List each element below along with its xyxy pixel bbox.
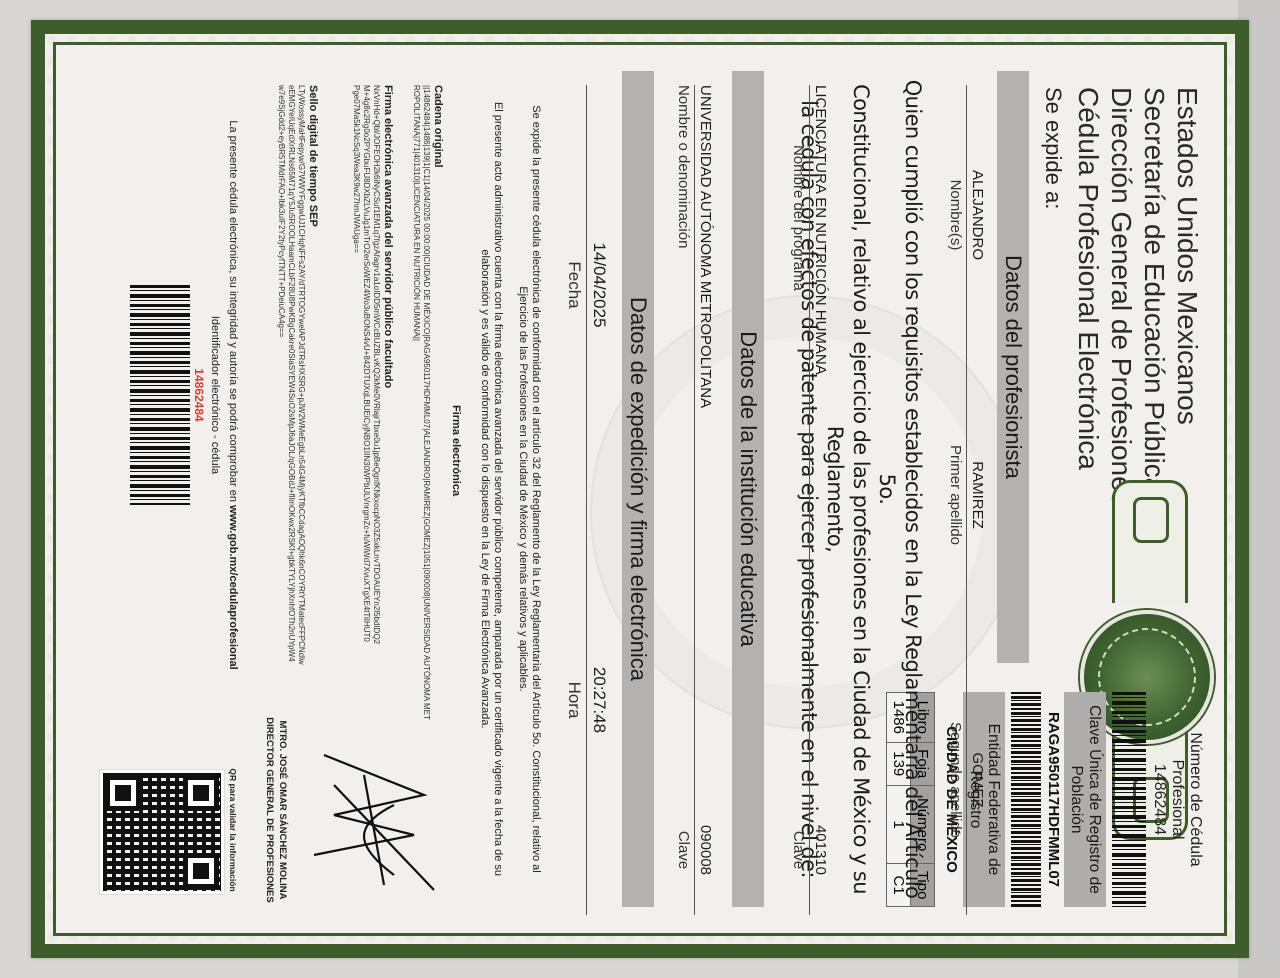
programa-clave-value: 401310 (809, 785, 829, 915)
qr-finder-top-right (183, 853, 219, 889)
sello-block: Sello digital de tiempo SEP LTyWossyMaHF… (276, 85, 319, 665)
nombre-label: Nombre(s) (947, 85, 964, 345)
document-content: Estados Unidos Mexicanos Secretaría de E… (56, 45, 1224, 933)
curp-label: Clave Única de Registro de Población (1064, 692, 1106, 907)
curp-barcode-icon (1011, 692, 1041, 907)
segundo-apellido-value: GOMEZ (966, 645, 986, 915)
cedula-number: 14862484 (1150, 692, 1168, 907)
field-segundo-apellido: GOMEZ Segundo apellido (947, 645, 986, 915)
field-primer-apellido: RAMIREZ Primer apellido (947, 345, 986, 645)
firma-servidor-label: Firma electrónica avanzada del servidor … (381, 85, 394, 645)
institucion-clave-label: Clave (675, 785, 692, 915)
sello-label: Sello digital de tiempo SEP (306, 85, 319, 665)
field-fecha: 14/04/2025 Fecha (564, 85, 609, 485)
section-expedicion: Datos de expedición y firma electrónica (622, 71, 654, 907)
programa-clave-label: Clave (790, 785, 807, 915)
qr-label: QR para validar la información (226, 750, 239, 910)
cedula-barcode-icon (1112, 692, 1146, 907)
header-line-direccion: Dirección General de Profesiones (1105, 87, 1138, 507)
identificador-label: Identificador electrónico - cédula (208, 285, 221, 505)
field-programa-clave: 401310 Clave (790, 785, 829, 915)
handwritten-signature-icon (294, 735, 454, 905)
field-institucion: UNIVERSIDAD AUTÓNOMA METROPOLITANA Nombr… (675, 85, 714, 785)
cedula-number-label: Número de Cédula Profesional (1168, 692, 1204, 907)
firma-electronica-label: Firma electrónica (449, 405, 462, 496)
fecha-value: 14/04/2025 (586, 85, 609, 485)
fecha-label: Fecha (564, 85, 584, 485)
header-line-cedula: Cédula Profesional Electrónica (1072, 87, 1105, 507)
programa-label: Nombre del programa (790, 85, 807, 785)
registry-panel: Número de Cédula Profesional 14862484 Cl… (886, 692, 1204, 907)
qr-finder-bottom-left (105, 775, 141, 811)
primer-apellido-label: Primer apellido (947, 345, 964, 645)
director-name: MTRO. JOSÉ OMAR SÁNCHEZ MOLINA (276, 685, 289, 935)
se-expide-label: Se expide a: (1040, 87, 1066, 209)
institucion-label: Nombre o denominación (675, 85, 692, 785)
field-institucion-clave: 090008 Clave (675, 785, 714, 915)
cadena-original-block: Cadena original ||14862484|1486|139|1|C1… (411, 85, 444, 725)
nombre-value: ALEJANDRO (966, 85, 986, 345)
legal-text-1: Se expide la presente cédula electrónica… (516, 85, 542, 893)
cadena-label: Cadena original (431, 85, 444, 725)
curp-value: RAGA950117HDFMML07 (1045, 692, 1062, 907)
director-title: DIRECTOR GENERAL DE PROFESIONES (263, 685, 276, 935)
field-nombre: ALEJANDRO Nombre(s) (947, 85, 986, 345)
section-profesionista: Datos del profesionista (997, 71, 1029, 663)
primer-apellido-value: RAMIREZ (966, 345, 986, 645)
identificador-value: 14862484 (192, 285, 206, 505)
hora-value: 20:27:48 (586, 485, 609, 915)
emblem-ornament-left (1112, 480, 1188, 603)
hora-label: Hora (564, 485, 584, 915)
legal-text-2: El presente acto administrativo cuenta c… (478, 85, 504, 893)
segundo-apellido-label: Segundo apellido (947, 645, 964, 915)
verification-text: La presente cédula electrónica, su integ… (226, 85, 239, 705)
sello-value: LTyWossyMaHFepyw/G7WWYFggwUJ1CHqNFFs2AY/… (276, 85, 306, 665)
field-programa: LICENCIATURA EN NUTRICIÓN HUMANA Nombre … (790, 85, 829, 785)
section-institucion: Datos de la institución educativa (732, 71, 764, 907)
document-header: Estados Unidos Mexicanos Secretaría de E… (1072, 87, 1204, 507)
programa-value: LICENCIATURA EN NUTRICIÓN HUMANA (809, 85, 829, 785)
header-line-secretaria: Secretaría de Educación Pública (1138, 87, 1171, 507)
qr-finder-top-left (183, 775, 219, 811)
cadena-value: ||14862484|1486|139|1|C1|14/04/2025 00:0… (411, 85, 431, 725)
firma-servidor-block: Firma electrónica avanzada del servidor … (351, 85, 394, 645)
institucion-clave-value: 090008 (694, 785, 714, 915)
institucion-value: UNIVERSIDAD AUTÓNOMA METROPOLITANA (694, 85, 714, 785)
firma-servidor-value: NxVnHd+Qbl/JOFEOH2k6iNyCSuf1EM1q7fgzAfag… (351, 85, 381, 645)
verification-link[interactable]: www.gob.mx/cedulaprofesional (227, 505, 239, 670)
identificador-barcode-icon (130, 285, 190, 505)
header-line-country: Estados Unidos Mexicanos (1171, 87, 1204, 507)
cedula-document: Estados Unidos Mexicanos Secretaría de E… (31, 20, 1249, 958)
verification-statement: La presente cédula electrónica, su integ… (227, 120, 239, 505)
statement-line-2: Constitucional, relativo al ejercicio de… (822, 71, 874, 907)
validation-qr-code-icon[interactable] (100, 770, 224, 894)
statement-line-1: Quien cumplió con los requisitos estable… (874, 71, 926, 907)
field-hora: 20:27:48 Hora (564, 485, 609, 915)
